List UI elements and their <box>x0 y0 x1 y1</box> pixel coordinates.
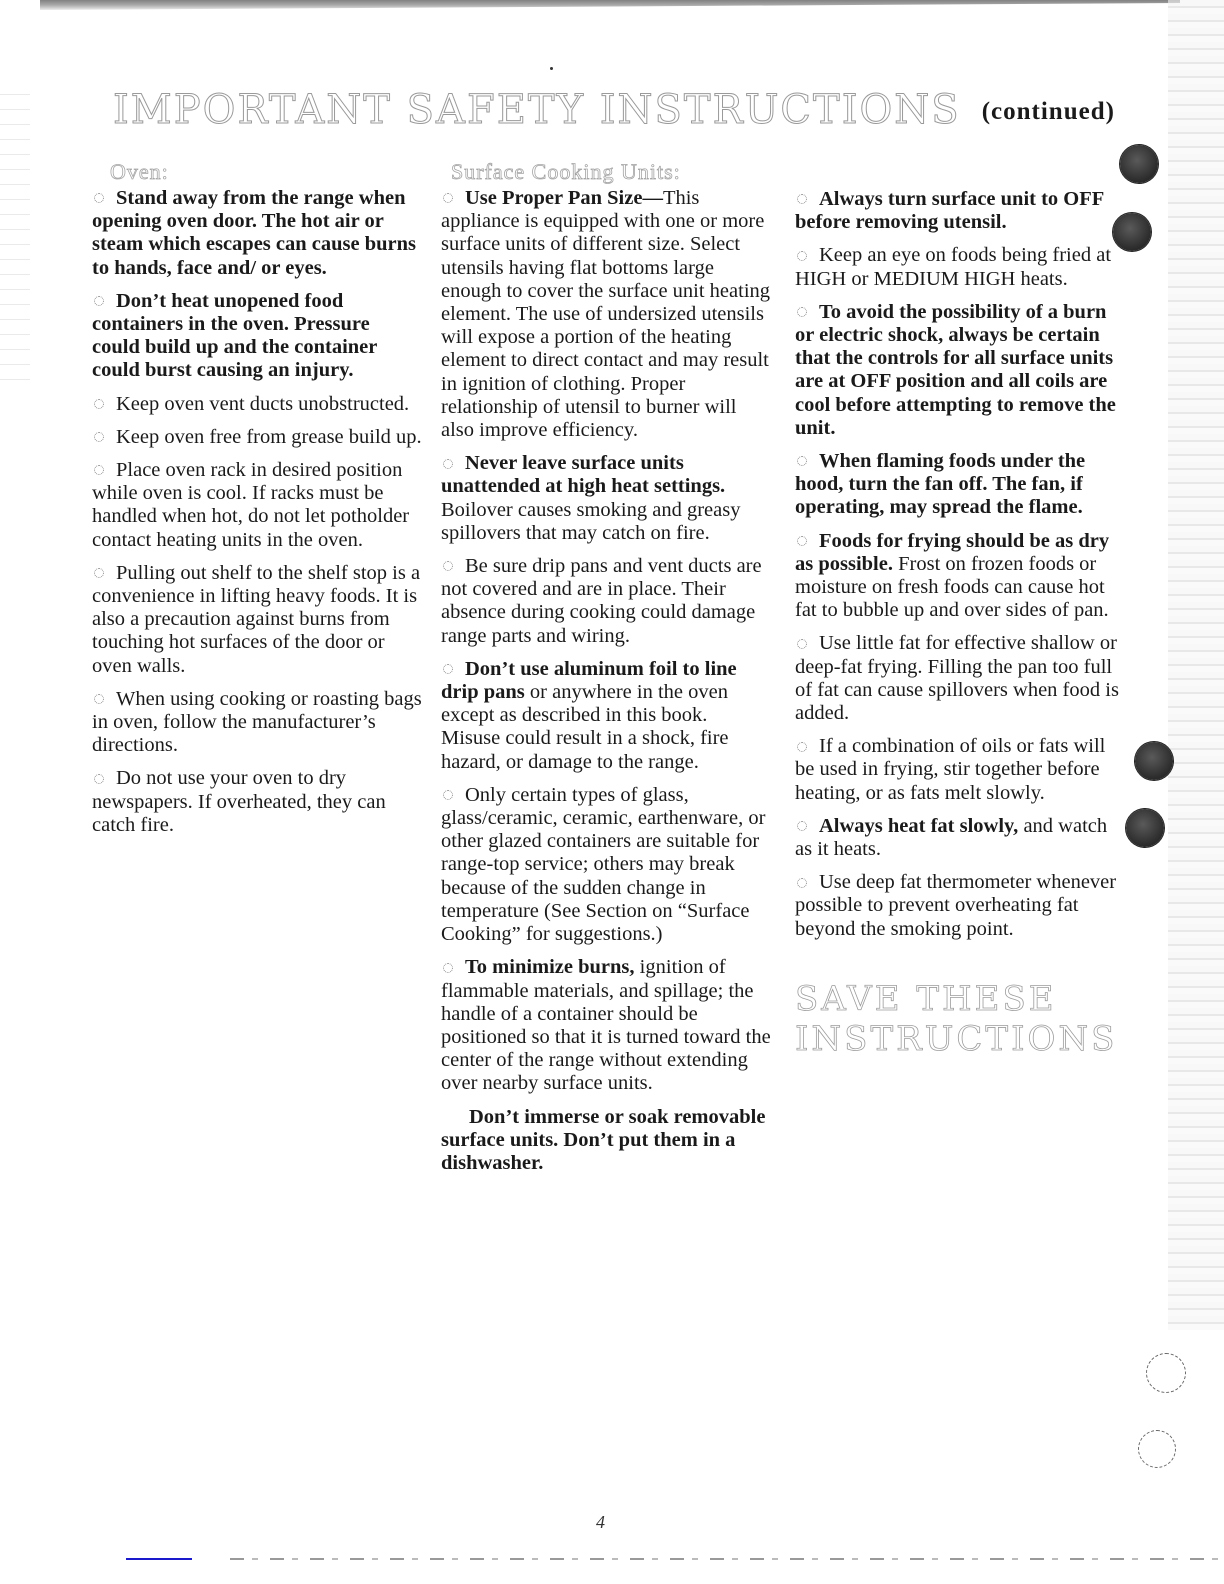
scan-speck <box>550 67 553 70</box>
bullet-icon <box>797 742 807 752</box>
bullet-icon <box>797 307 807 317</box>
list-item: Don’t use aluminum foil to line drip pan… <box>441 658 771 774</box>
scan-edge-bottom <box>230 1558 1220 1560</box>
list-item: Place oven rack in desired position whil… <box>92 459 422 552</box>
item-text: Use little fat for effective shallow or … <box>795 632 1119 724</box>
footer-rule <box>126 1558 192 1560</box>
item-text: When using cooking or roasting bags in o… <box>92 688 422 756</box>
item-text: This appliance is equipped with one or m… <box>441 187 770 441</box>
bullet-icon <box>443 790 453 800</box>
item-text: Do not use your oven to dry newspapers. … <box>92 767 386 835</box>
bullet-icon <box>94 774 104 784</box>
item-bold: To avoid the possibility of a burn or el… <box>795 301 1116 439</box>
bullet-icon <box>94 465 104 475</box>
save-line-1: SAVE THESE <box>795 979 1120 1019</box>
punch-hole-icon <box>1126 809 1164 847</box>
item-text: Keep oven free from grease build up. <box>116 426 422 448</box>
item-text: Only certain types of glass, glass/ceram… <box>441 784 765 945</box>
list-item: Always heat fat slowly, and watch as it … <box>795 815 1120 861</box>
item-bold: Never leave surface units unattended at … <box>441 452 725 497</box>
bullet-icon <box>797 251 807 261</box>
scan-edge-right <box>1168 0 1224 1330</box>
list-item: To avoid the possibility of a burn or el… <box>795 301 1120 440</box>
title-continued: (continued) <box>982 98 1115 125</box>
bullet-icon <box>797 456 807 466</box>
item-text: Be sure drip pans and vent ducts are not… <box>441 555 762 647</box>
surface-units-column: Surface Cooking Units: Use Proper Pan Si… <box>441 160 771 1185</box>
list-item: Don’t heat unopened food containers in t… <box>92 290 422 383</box>
item-bold: Don’t heat unopened food containers in t… <box>92 290 377 382</box>
bullet-icon <box>94 432 104 442</box>
list-item: If a combination of oils or fats will be… <box>795 735 1120 805</box>
item-bold: To minimize burns, <box>465 956 635 978</box>
list-item: Do not use your oven to dry newspapers. … <box>92 767 422 837</box>
save-instructions-heading: SAVE THESE INSTRUCTIONS <box>795 979 1120 1059</box>
list-item: Always turn surface unit to OFF before r… <box>795 188 1120 234</box>
item-text: Pulling out shelf to the shelf stop is a… <box>92 562 420 677</box>
item-text: Place oven rack in desired position whil… <box>92 459 409 551</box>
list-item: Be sure drip pans and vent ducts are not… <box>441 555 771 648</box>
bullet-icon <box>443 963 453 973</box>
bullet-icon <box>443 459 453 469</box>
bullet-icon <box>797 639 807 649</box>
punch-hole-outline-icon <box>1138 1430 1176 1468</box>
bullet-icon <box>94 296 104 306</box>
surface-heading: Surface Cooking Units: <box>441 160 771 185</box>
list-item: When flaming foods under the hood, turn … <box>795 450 1120 520</box>
column-spacer <box>795 160 1120 188</box>
frying-column: Always turn surface unit to OFF before r… <box>795 160 1120 1059</box>
item-bold: Always heat fat slowly, <box>819 815 1018 837</box>
item-bold: Stand away from the range when opening o… <box>92 187 416 279</box>
save-line-2: INSTRUCTIONS <box>795 1019 1120 1059</box>
list-item: Only certain types of glass, glass/ceram… <box>441 784 771 946</box>
page-number: 4 <box>596 1512 605 1533</box>
list-item: Pulling out shelf to the shelf stop is a… <box>92 562 422 678</box>
bullet-icon <box>94 694 104 704</box>
bullet-icon <box>94 193 104 203</box>
item-text: Boilover causes smoking and greasy spill… <box>441 499 740 544</box>
bullet-icon <box>94 399 104 409</box>
punch-hole-icon <box>1120 145 1158 183</box>
bullet-icon <box>797 536 807 546</box>
item-bold: Always turn surface unit to OFF before r… <box>795 188 1104 233</box>
list-item: Foods for frying should be as dry as pos… <box>795 530 1120 623</box>
punch-hole-outline-icon <box>1146 1353 1186 1393</box>
bullet-icon <box>443 193 453 203</box>
punch-hole-icon <box>1135 742 1173 780</box>
punch-hole-icon <box>1113 213 1151 251</box>
scan-edge-top <box>40 0 1180 10</box>
item-text: Keep oven vent ducts unobstructed. <box>116 393 409 415</box>
list-item: Keep oven free from grease build up. <box>92 426 422 449</box>
item-text: Use deep fat thermometer whenever possib… <box>795 871 1116 939</box>
list-item: Keep oven vent ducts unobstructed. <box>92 393 422 416</box>
scan-edge-left <box>0 80 30 380</box>
bullet-icon <box>797 194 807 204</box>
title-text: IMPORTANT SAFETY INSTRUCTIONS <box>113 87 961 133</box>
oven-heading: Oven: <box>92 160 422 185</box>
page-title: IMPORTANT SAFETY INSTRUCTIONS (continued… <box>113 86 1033 133</box>
oven-column: Oven: Stand away from the range when ope… <box>92 160 422 847</box>
list-item: Stand away from the range when opening o… <box>92 187 422 280</box>
item-bold: Use Proper Pan Size— <box>465 187 663 209</box>
bullet-icon <box>443 664 453 674</box>
item-text: Keep an eye on foods being fried at HIGH… <box>795 244 1111 289</box>
item-text: If a combination of oils or fats will be… <box>795 735 1105 803</box>
bullet-icon <box>797 878 807 888</box>
list-item: Never leave surface units unattended at … <box>441 452 771 545</box>
bullet-icon <box>94 568 104 578</box>
list-item: When using cooking or roasting bags in o… <box>92 688 422 758</box>
list-item: Use little fat for effective shallow or … <box>795 632 1120 725</box>
list-item: Use Proper Pan Size—This appliance is eq… <box>441 187 771 442</box>
list-item: To minimize burns, ignition of flammable… <box>441 956 771 1095</box>
item-bold: When flaming foods under the hood, turn … <box>795 450 1085 518</box>
list-item: Use deep fat thermometer whenever possib… <box>795 871 1120 941</box>
list-item: Keep an eye on foods being fried at HIGH… <box>795 244 1120 290</box>
bullet-icon <box>443 561 453 571</box>
bullet-icon <box>797 821 807 831</box>
closing-note: Don’t immerse or soak removable surface … <box>441 1106 771 1176</box>
